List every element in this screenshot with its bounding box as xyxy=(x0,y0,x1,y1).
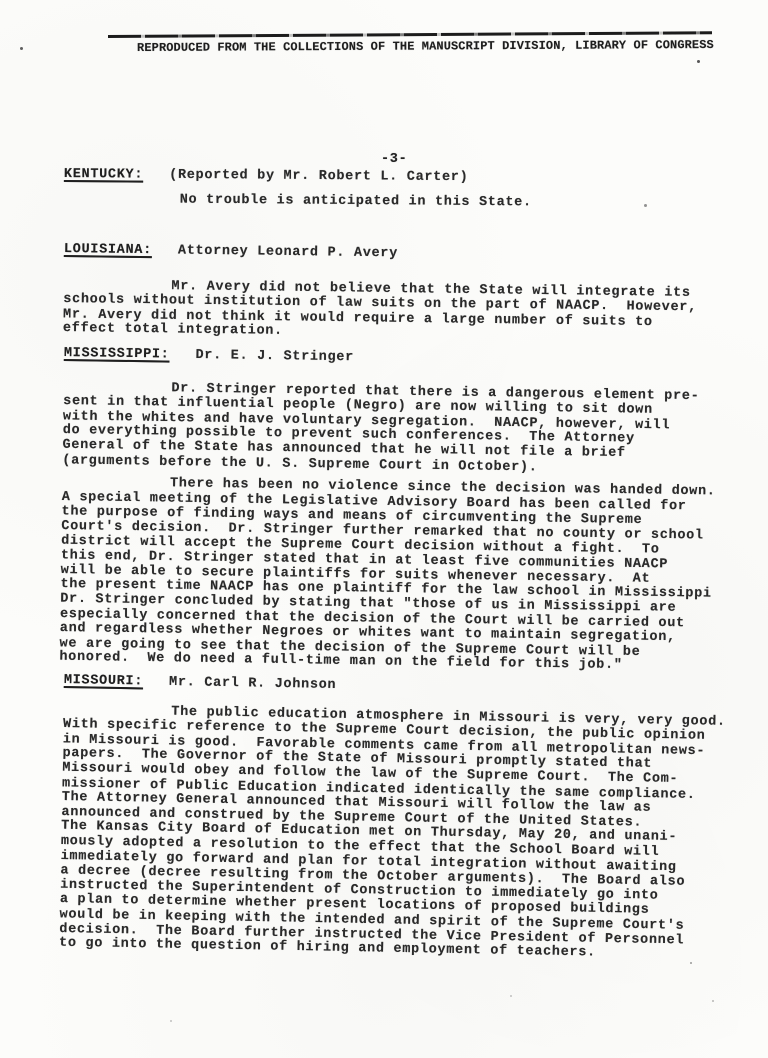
state-name: MISSISSIPPI: xyxy=(64,346,170,363)
section-heading: LOUISIANA:Attorney Leonard P. Avery xyxy=(64,243,724,266)
text-line: No trouble is anticipated in this State. xyxy=(64,192,724,212)
header-rule xyxy=(108,31,712,38)
section-subheading: Attorney Leonard P. Avery xyxy=(178,243,398,261)
section-heading: KENTUCKY:(Reported by Mr. Robert L. Cart… xyxy=(64,168,724,188)
section-heading: MISSISSIPPI:Dr. E. J. Stringer xyxy=(64,347,724,371)
paragraph: Dr. Stringer reported that there is a da… xyxy=(62,381,723,478)
paragraph: There has been no violence since the dec… xyxy=(59,476,722,675)
scan-speck xyxy=(690,962,692,964)
scan-speck xyxy=(697,60,700,63)
section-subheading: Dr. E. J. Stringer xyxy=(195,348,354,365)
section-subheading: Mr. Carl R. Johnson xyxy=(169,675,336,693)
scan-speck xyxy=(20,47,23,50)
library-of-congress-stamp: REPRODUCED FROM THE COLLECTIONS OF THE M… xyxy=(137,38,714,55)
section-mississippi: MISSISSIPPI:Dr. E. J. StringerDr. String… xyxy=(59,347,724,676)
section-louisiana: LOUISIANA:Attorney Leonard P. AveryMr. A… xyxy=(63,243,724,346)
scan-speck xyxy=(510,995,512,997)
section-heading: MISSOURI:Mr. Carl R. Johnson xyxy=(64,674,724,701)
scan-speck xyxy=(170,1020,172,1022)
scan-speck xyxy=(712,1000,714,1002)
section-subheading: (Reported by Mr. Robert L. Carter) xyxy=(169,168,468,185)
scan-speck xyxy=(644,204,647,207)
document-page: REPRODUCED FROM THE COLLECTIONS OF THE M… xyxy=(0,0,768,1058)
state-name: KENTUCKY: xyxy=(64,167,143,183)
paragraph: The public education atmosphere in Misso… xyxy=(59,704,723,964)
paragraph: Mr. Avery did not believe that the State… xyxy=(63,279,724,346)
section-kentucky: KENTUCKY:(Reported by Mr. Robert L. Cart… xyxy=(64,168,724,212)
state-name: MISSOURI: xyxy=(64,673,143,689)
page-number: -3- xyxy=(381,152,407,167)
paragraph: No trouble is anticipated in this State. xyxy=(64,193,724,213)
section-missouri: MISSOURI:Mr. Carl R. JohnsonThe public e… xyxy=(59,674,724,964)
state-name: LOUISIANA: xyxy=(64,242,152,258)
